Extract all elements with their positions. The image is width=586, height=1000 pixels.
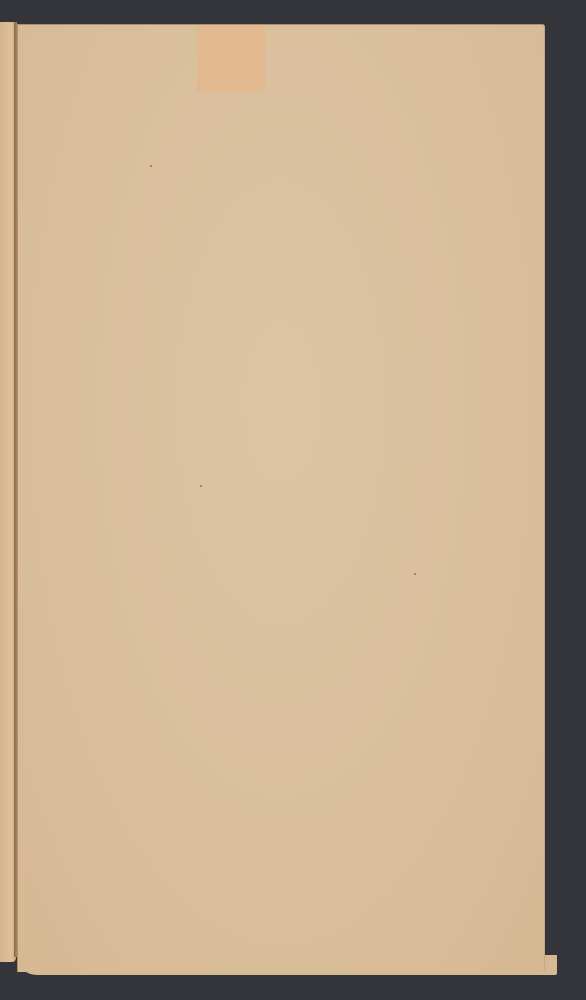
- paper-stain: [197, 26, 265, 92]
- paper-speck: [200, 485, 202, 487]
- paper-speck: [150, 165, 152, 167]
- blank-page: [17, 24, 545, 972]
- paper-speck: [414, 573, 416, 575]
